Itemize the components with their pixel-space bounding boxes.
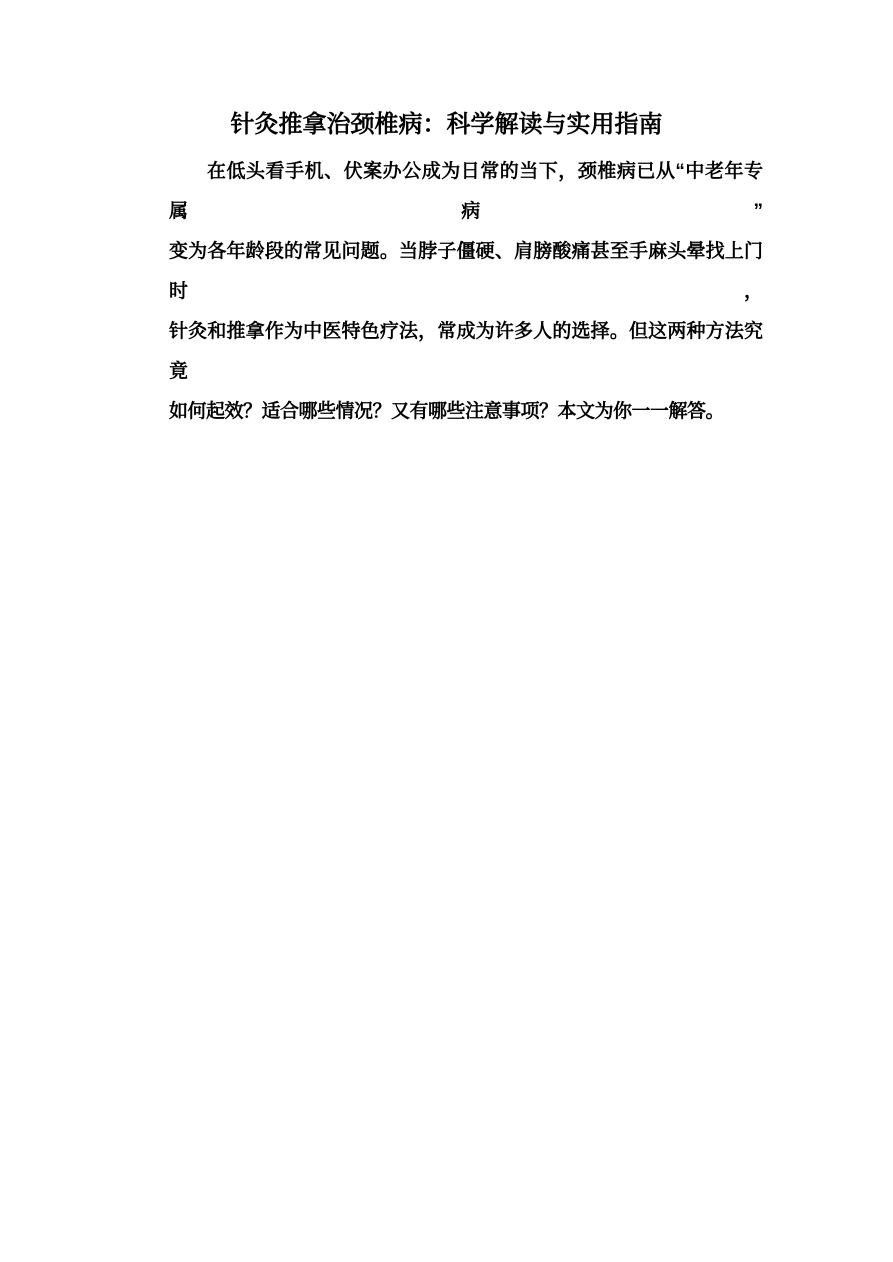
paragraph-line-4: 如何起效？适合哪些情况？又有哪些注意事项？本文为你一一解答。 [169, 392, 763, 432]
document-page: 针灸推拿治颈椎病：科学解读与实用指南 在低头看手机、伏案办公成为日常的当下，颈椎… [0, 0, 893, 1262]
paragraph-line-2: 变为各年龄段的常见问题。当脖子僵硬、肩膀酸痛甚至手麻头晕找上门时， [169, 232, 763, 312]
paragraph-line-3: 针灸和推拿作为中医特色疗法，常成为许多人的选择。但这两种方法究竟 [169, 312, 763, 392]
paragraph-line-1: 在低头看手机、伏案办公成为日常的当下，颈椎病已从“中老年专属病” [169, 152, 763, 232]
document-body: 在低头看手机、伏案办公成为日常的当下，颈椎病已从“中老年专属病” 变为各年龄段的… [169, 152, 763, 432]
document-title: 针灸推拿治颈椎病：科学解读与实用指南 [0, 0, 893, 140]
